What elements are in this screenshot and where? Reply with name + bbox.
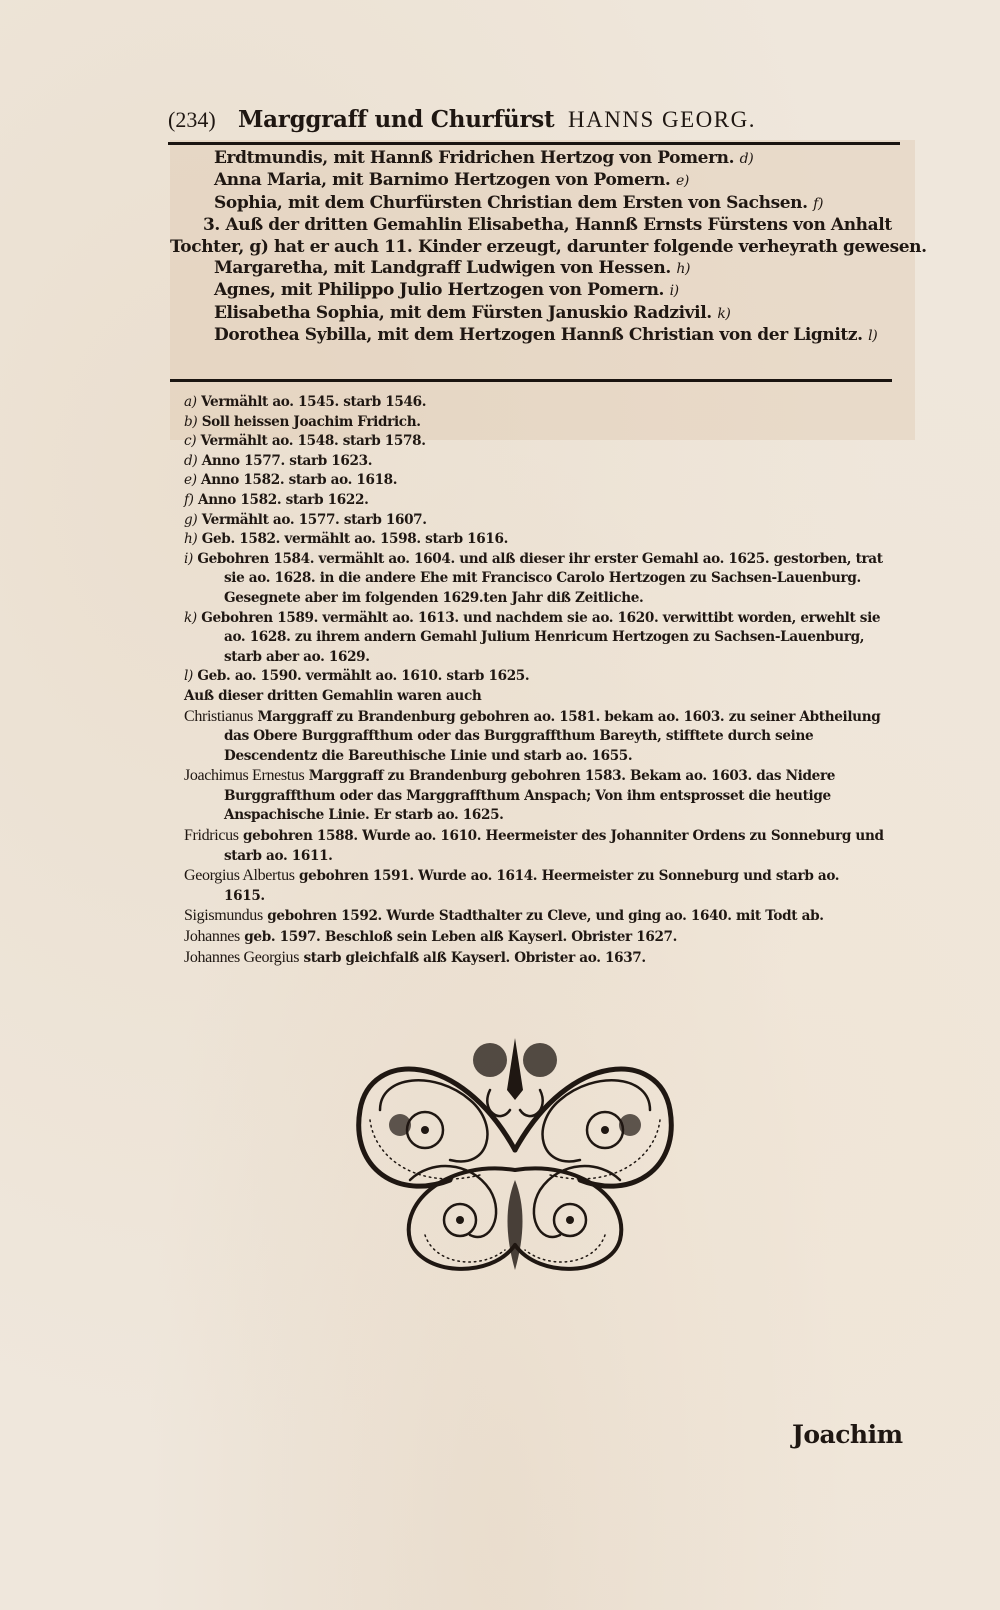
- text-line: Tochter, g) hat er auch 11. Kinder erzeu…: [170, 237, 910, 258]
- footnote-e: e) Anno 1582. starb ao. 1618.: [184, 471, 884, 491]
- text-line: Dorothea Sybilla, mit dem Hertzogen Hann…: [170, 325, 910, 347]
- text-line: Elisabetha Sophia, mit dem Fürsten Janus…: [170, 303, 910, 325]
- running-title: Marggraff und Churfürst HANNS GEORG.: [238, 106, 756, 133]
- sons-intro: Auß dieser dritten Gemahlin waren auch: [184, 687, 884, 707]
- footnote-l: l) Geb. ao. 1590. vermählt ao. 1610. sta…: [184, 667, 884, 687]
- page-header: (234) Marggraff und Churfürst HANNS GEOR…: [168, 106, 900, 140]
- footnote-g: g) Vermählt ao. 1577. starb 1607.: [184, 511, 884, 531]
- footnote-b: b) Soll heissen Joachim Fridrich.: [184, 413, 884, 433]
- text-line: Sophia, mit dem Churfürsten Christian de…: [170, 193, 910, 215]
- text-line: Erdtmundis, mit Hannß Fridrichen Hertzog…: [170, 148, 910, 170]
- footnote-h: h) Geb. 1582. vermählt ao. 1598. starb 1…: [184, 530, 884, 550]
- running-title-fraktur: Marggraff und Churfürst: [238, 106, 554, 133]
- son-entry: Georgius Albertus gebohren 1591. Wurde a…: [184, 866, 884, 906]
- son-entry: Sigismundus gebohren 1592. Wurde Stadtha…: [184, 906, 884, 927]
- text-line: Agnes, mit Philippo Julio Hertzogen von …: [170, 280, 910, 302]
- text-line: 3. Auß der dritten Gemahlin Elisabetha, …: [170, 215, 910, 236]
- text-line: Anna Maria, mit Barnimo Hertzogen von Po…: [170, 170, 910, 192]
- son-entry: Joachimus Ernestus Marggraff zu Brandenb…: [184, 766, 884, 826]
- son-entry: Johannes Georgius starb gleichfalß alß K…: [184, 948, 884, 969]
- son-entry: Christianus Marggraff zu Brandenburg geb…: [184, 707, 884, 767]
- footnote-i: i) Gebohren 1584. vermählt ao. 1604. und…: [184, 550, 884, 609]
- header-rule: [168, 142, 900, 145]
- footnote-d: d) Anno 1577. starb 1623.: [184, 452, 884, 472]
- footnote-rule: [170, 379, 892, 382]
- running-title-caps: HANNS GEORG.: [568, 107, 756, 132]
- text-line: Margaretha, mit Landgraff Ludwigen von H…: [170, 258, 910, 280]
- footnote-a: a) Vermählt ao. 1545. starb 1546.: [184, 393, 884, 413]
- calligraphic-ornament-icon: [340, 1030, 690, 1280]
- footnote-k: k) Gebohren 1589. vermählt ao. 1613. und…: [184, 609, 884, 668]
- main-text-block: Erdtmundis, mit Hannß Fridrichen Hertzog…: [170, 148, 910, 348]
- son-entry: Fridricus gebohren 1588. Wurde ao. 1610.…: [184, 826, 884, 866]
- footnote-c: c) Vermählt ao. 1548. starb 1578.: [184, 432, 884, 452]
- footnote-f: f) Anno 1582. starb 1622.: [184, 491, 884, 511]
- page-number: (234): [168, 107, 238, 133]
- son-entry: Johannes geb. 1597. Beschloß sein Leben …: [184, 927, 884, 948]
- catchword: Joachim: [792, 1420, 903, 1449]
- footnotes-block: a) Vermählt ao. 1545. starb 1546. b) Sol…: [184, 393, 884, 968]
